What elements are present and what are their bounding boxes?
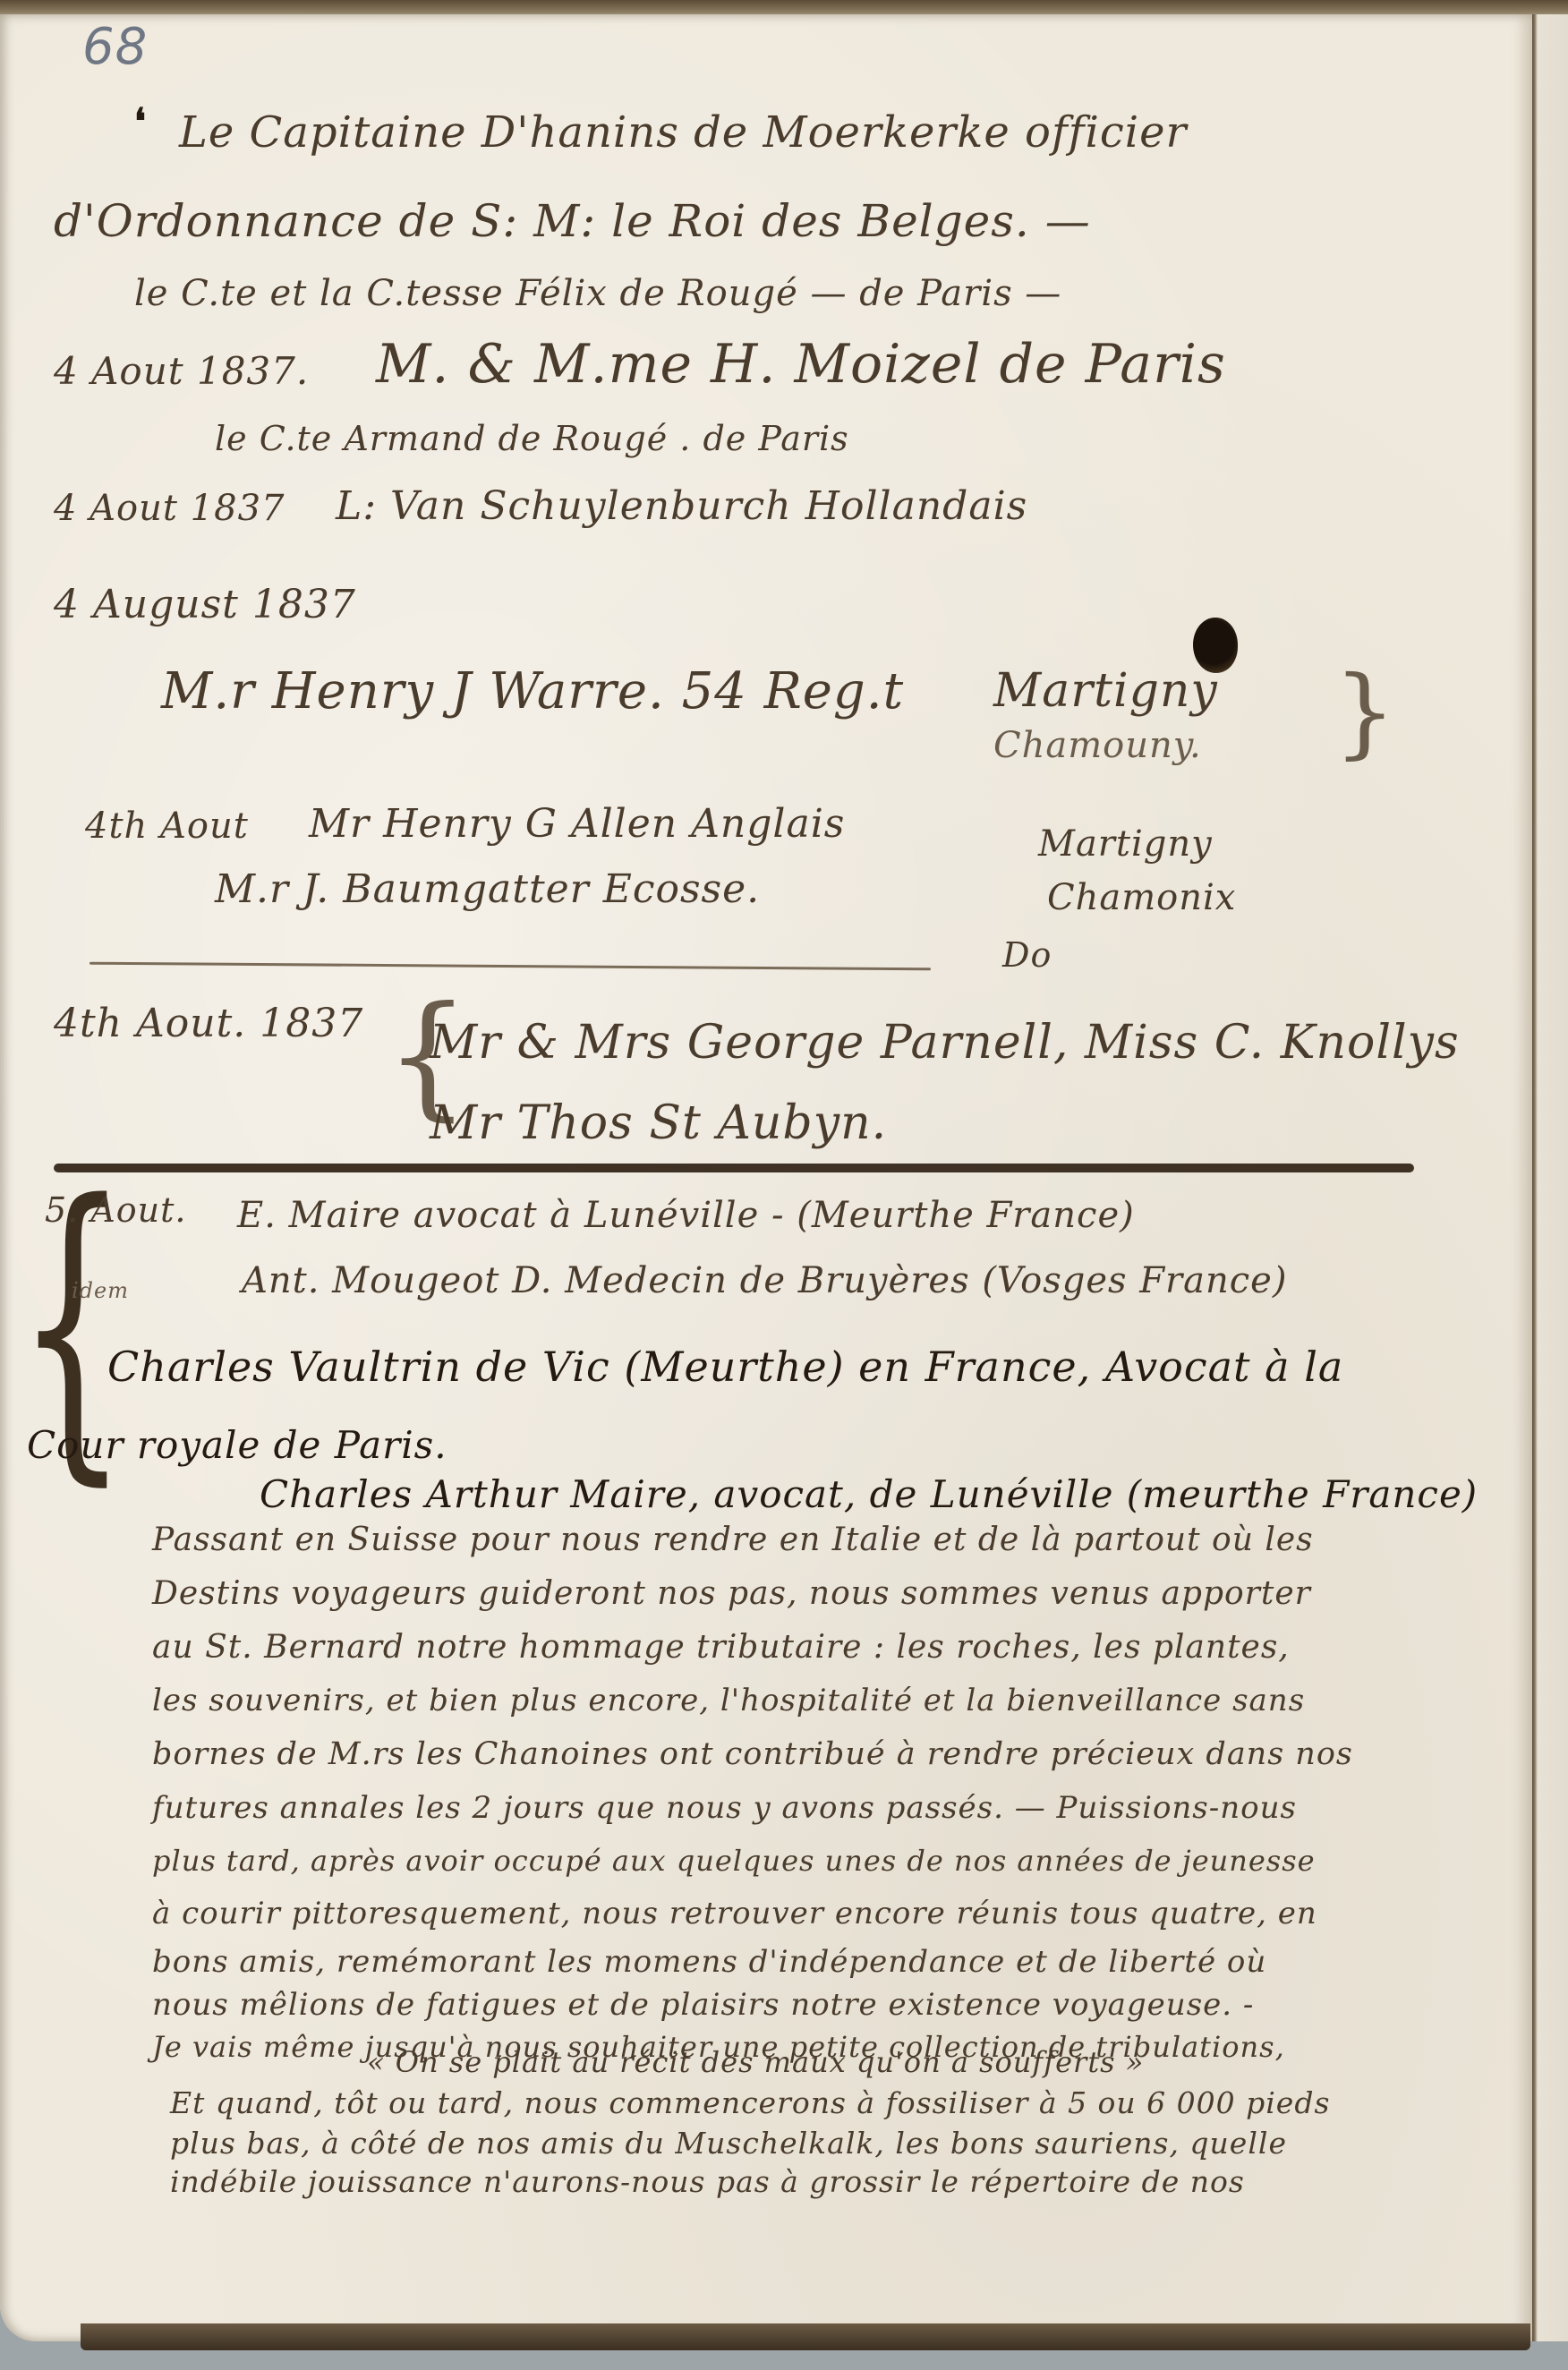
- passage-line-7: plus tard, après avoir occupé aux quelqu…: [152, 1844, 1316, 1878]
- entry-5-date: 4 Aout 1837: [54, 488, 285, 529]
- thick-divider-line: [54, 1164, 1414, 1172]
- entry-4-line-1: le C.te Armand de Rougé . de Paris: [215, 419, 849, 458]
- passage-line-5: bornes de M.rs les Chanoines ont contrib…: [152, 1736, 1353, 1772]
- passage-line-9: bons amis, remémorant les momens d'indép…: [152, 1944, 1266, 1980]
- entry-9-idem: idem: [72, 1278, 129, 1303]
- passage-line-2: Destins voyageurs guideront nos pas, nou…: [152, 1575, 1311, 1612]
- entry-9-line-5: Charles Arthur Maire, avocat, de Lunévil…: [260, 1472, 1478, 1516]
- passage-line-3: au St. Bernard notre hommage tributaire …: [152, 1629, 1290, 1666]
- entry-2-line-1: le C.te et la C.tesse Félix de Rougé — d…: [134, 273, 1061, 314]
- entry-9-date: 5. Aout.: [45, 1190, 186, 1230]
- page-number: 68: [82, 18, 148, 76]
- entry-6-line-1: M.r Henry J Warre. 54 Reg.t: [161, 662, 904, 720]
- entry-6-chamouny: Chamouny.: [993, 725, 1202, 766]
- entry-9-line-1: E. Maire avocat à Lunéville - (Meurthe F…: [237, 1195, 1135, 1236]
- passage-line-13: Et quand, tôt ou tard, nous commencerons…: [170, 2085, 1330, 2120]
- ink-mark: ❛: [134, 100, 147, 142]
- entry-8-line-2: Mr Thos St Aubyn.: [430, 1096, 887, 1150]
- passage-line-6: futures annales les 2 jours que nous y a…: [152, 1790, 1297, 1826]
- passage-line-14: plus bas, à côté de nos amis du Muschelk…: [170, 2126, 1287, 2161]
- entry-9-line-2: Ant. Mougeot D. Medecin de Bruyères (Vos…: [242, 1260, 1287, 1301]
- passage-line-8: à courir pittoresquement, nous retrouver…: [152, 1896, 1317, 1931]
- passage-line-10: nous mêlions de fatigues et de plaisirs …: [152, 1987, 1254, 2023]
- entry-3-date: 4 Aout 1837.: [54, 349, 309, 393]
- entry-7-martigny: Martigny: [1038, 823, 1213, 865]
- passage-line-1: Passant en Suisse pour nous rendre en It…: [152, 1522, 1314, 1558]
- entry-7-chamonix: Chamonix: [1047, 877, 1236, 918]
- entry-7-ditto: Do: [1002, 935, 1052, 975]
- right-brace-icon: }: [1334, 662, 1396, 761]
- entry-9-line-3: Charles Vaultrin de Vic (Meurthe) en Fra…: [107, 1343, 1343, 1391]
- entry-7-line-1: Mr Henry G Allen Anglais: [309, 801, 845, 847]
- entry-7-line-2: M.r J. Baumgatter Ecosse.: [215, 866, 760, 912]
- entry-1-line-1: Le Capitaine D'hanins de Moerkerke offic…: [179, 107, 1187, 158]
- passage-line-15: indébile jouissance n'aurons-nous pas à …: [170, 2164, 1245, 2199]
- entry-5-line-1: L: Van Schuylenburch Hollandais: [336, 483, 1027, 529]
- entry-7-date: 4th Aout: [85, 806, 249, 847]
- entry-6-date: 4 August 1837: [54, 582, 356, 627]
- entry-3-line-1: M. & M.me H. Moizel de Paris: [376, 333, 1226, 396]
- entry-1-line-2: d'Ordonnance de S: M: le Roi des Belges.…: [54, 195, 1091, 247]
- page-bottom-edge: [81, 2323, 1530, 2350]
- entry-6-martigny: Martigny: [993, 664, 1218, 718]
- entry-8-line-1: Mr & Mrs George Parnell, Miss C. Knollys: [430, 1016, 1460, 1070]
- passage-line-12: « On se plait au récit des maux qu'on a …: [367, 2045, 1144, 2079]
- entry-8-date: 4th Aout. 1837: [54, 1001, 363, 1046]
- passage-line-4: les souvenirs, et bien plus encore, l'ho…: [152, 1683, 1305, 1718]
- book-gutter: [1532, 14, 1568, 2341]
- entry-9-line-4: Cour royale de Paris.: [27, 1423, 447, 1467]
- ink-blot: [1193, 618, 1238, 673]
